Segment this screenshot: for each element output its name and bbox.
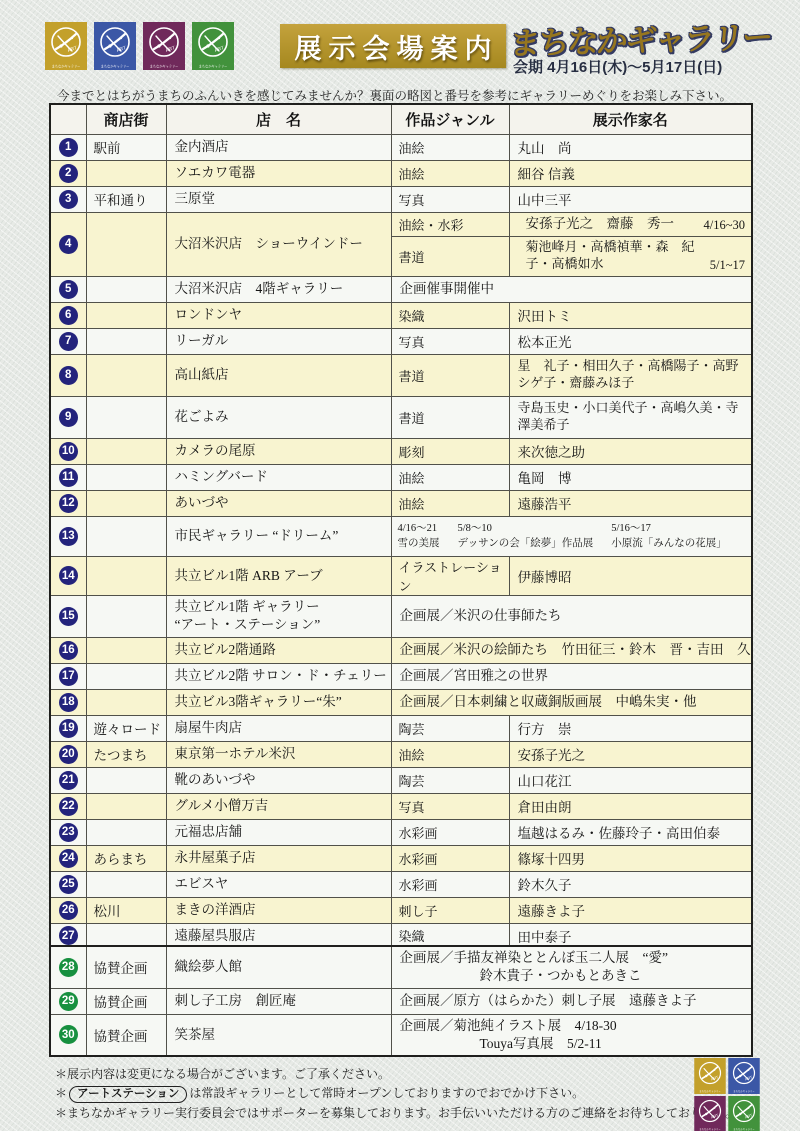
row-number-badge: 4 xyxy=(59,235,78,254)
district-cell xyxy=(86,793,166,819)
header-district: 商店街 xyxy=(86,104,166,134)
number-cell: 18 xyxy=(50,689,86,715)
table-row: 5大沼米沢店 4階ギャラリー企画催事開催中 xyxy=(50,276,752,302)
number-cell: 28 xyxy=(50,946,86,988)
row-number-badge: 20 xyxy=(59,745,78,764)
district-cell xyxy=(86,871,166,897)
header-store: 店 名 xyxy=(166,104,391,134)
art-stamp-icon: ART まちなかギャラリー xyxy=(694,1058,726,1094)
district-cell xyxy=(86,819,166,845)
note-text: ＊展示内容は変更になる場合がございます。ご了承ください。 xyxy=(55,1067,390,1081)
table-row: 10カメラの尾原彫刻来次徳之助 xyxy=(50,438,752,464)
genre-cell: 書道 xyxy=(391,236,509,276)
note-text: は常設ギャラリーとして常時オープンしておりますのでおでかけ下さい。 xyxy=(189,1086,584,1100)
store-cell: ソエカワ電器 xyxy=(166,160,391,186)
number-cell: 6 xyxy=(50,302,86,328)
row-number-badge: 28 xyxy=(59,958,78,977)
district-cell xyxy=(86,212,166,276)
store-cell: エビスヤ xyxy=(166,871,391,897)
store-cell: まきの洋酒店 xyxy=(166,897,391,923)
note-text: ＊ xyxy=(55,1086,67,1100)
schedule-date: 5/16～17 xyxy=(611,521,727,536)
district-cell xyxy=(86,663,166,689)
genre-cell: 油絵・水彩 xyxy=(391,212,509,236)
district-cell xyxy=(86,689,166,715)
table-row: 14共立ビル1階 ARB アーブイラストレーション伊藤博昭 xyxy=(50,556,752,595)
row-number-badge: 2 xyxy=(59,164,78,183)
exhibition-period: 会期 4月16日(木)～5月17日(日) xyxy=(513,56,722,77)
schedule-date: 5/8～10 xyxy=(458,521,594,536)
store-cell: ハミングバード xyxy=(166,464,391,490)
genre-cell: 水彩画 xyxy=(391,845,509,871)
row-number-badge: 30 xyxy=(59,1025,78,1044)
district-cell xyxy=(86,637,166,663)
svg-text:まちなかギャラリー: まちなかギャラリー xyxy=(101,64,130,69)
row-number-badge: 29 xyxy=(59,992,78,1011)
art-station-pill: アートステーション xyxy=(69,1086,187,1103)
store-cell: 共立ビル1階 ARB アーブ xyxy=(166,556,391,595)
header-stamp-row: ART まちなかギャラリー ART まちなかギャラリー ART まちなかギャラリ… xyxy=(45,22,234,70)
exhibition-table: 商店街 店 名 作品ジャンル 展示作家名 1駅前金内酒店油絵丸山 尚2ソエカワ電… xyxy=(49,103,753,950)
table-row: 9花ごよみ書道寺島玉史・小口美代子・高嶋久美・寺澤美希子 xyxy=(50,396,752,438)
store-cell: 刺し子工房 創匠庵 xyxy=(166,988,391,1014)
number-cell: 11 xyxy=(50,464,86,490)
genre-cell: イラストレーション xyxy=(391,556,509,595)
exhibit-info-line: 鈴木貴子・つかもとあきこ xyxy=(400,967,748,985)
exhibit-info-line: Touya写真展 5/2-11 xyxy=(400,1035,748,1053)
genre-cell: 油絵 xyxy=(391,134,509,160)
schedule-cell: 4/16～21雪の美展5/8～10デッサンの会「絵夢」作品展5/16～17小原流… xyxy=(391,516,752,556)
row-number-badge: 8 xyxy=(59,366,78,385)
row-number-badge: 18 xyxy=(59,693,78,712)
table-row: 15共立ビル1階 ギャラリー “アート・ステーション”企画展／米沢の仕事師たち xyxy=(50,595,752,637)
district-cell: 平和通り xyxy=(86,186,166,212)
row-number-badge: 25 xyxy=(59,875,78,894)
number-cell: 4 xyxy=(50,212,86,276)
flyer-page: ART まちなかギャラリー ART まちなかギャラリー ART まちなかギャラリ… xyxy=(0,0,800,1131)
row-number-badge: 16 xyxy=(59,641,78,660)
svg-text:まちなかギャラリー: まちなかギャラリー xyxy=(733,1089,755,1093)
store-cell: ロンドンヤ xyxy=(166,302,391,328)
district-cell: 協賛企画 xyxy=(86,946,166,988)
genre-cell: 水彩画 xyxy=(391,819,509,845)
header-number xyxy=(50,104,86,134)
genre-cell: 油絵 xyxy=(391,741,509,767)
district-cell xyxy=(86,516,166,556)
number-cell: 17 xyxy=(50,663,86,689)
schedule-item: 5/16～17小原流「みんなの花展」 xyxy=(611,521,727,551)
artists-cell: 倉田由朗 xyxy=(509,793,752,819)
number-cell: 29 xyxy=(50,988,86,1014)
table-row: 16共立ビル2階通路企画展／米沢の絵師たち 竹田征三・鈴木 晋・吉田 久 xyxy=(50,637,752,663)
exhibit-info-line: 企画展／手描友禅染ととんぼ玉二人展 “愛” xyxy=(400,949,748,967)
svg-text:まちなかギャラリー: まちなかギャラリー xyxy=(150,64,179,69)
svg-text:まちなかギャラリー: まちなかギャラリー xyxy=(52,64,81,69)
artists-cell: 菊池峰月・高橋禎華・森 紀子・高橋如水5/1~17 xyxy=(509,236,752,276)
row-number-badge: 19 xyxy=(59,719,78,738)
footer-note: ＊アートステーションは常設ギャラリーとして常時オープンしておりますのでおでかけ下… xyxy=(55,1085,695,1103)
row-number-badge: 6 xyxy=(59,306,78,325)
store-cell: 扇屋牛肉店 xyxy=(166,715,391,741)
row-number-badge: 5 xyxy=(59,280,78,299)
artist-names: 安孫子光之 齋藤 秀一 xyxy=(526,215,700,233)
table-row: 25エビスヤ水彩画鈴木久子 xyxy=(50,871,752,897)
number-cell: 5 xyxy=(50,276,86,302)
store-cell: 靴のあいづや xyxy=(166,767,391,793)
district-cell xyxy=(86,302,166,328)
table-row: 6ロンドンヤ染織沢田トミ xyxy=(50,302,752,328)
district-cell xyxy=(86,396,166,438)
row-number-badge: 24 xyxy=(59,849,78,868)
row-number-badge: 10 xyxy=(59,442,78,461)
genre-cell: 書道 xyxy=(391,396,509,438)
genre-cell: 書道 xyxy=(391,354,509,396)
schedule-item: 5/8～10デッサンの会「絵夢」作品展 xyxy=(458,521,594,551)
header-artists: 展示作家名 xyxy=(509,104,752,134)
table-row: 13市民ギャラリー “ドリーム”4/16～21雪の美展5/8～10デッサンの会「… xyxy=(50,516,752,556)
exhibit-info-line: 企画展／菊池純イラスト展 4/18-30 xyxy=(400,1017,748,1035)
exhibit-dates: 4/16~30 xyxy=(704,218,746,233)
schedule-name: 小原流「みんなの花展」 xyxy=(611,536,727,551)
district-cell: 協賛企画 xyxy=(86,988,166,1014)
note-text: ＊まちなかギャラリー実行委員会ではサポーターを募集しております。お手伝いいただけ… xyxy=(55,1106,737,1120)
row-number-badge: 21 xyxy=(59,771,78,790)
number-cell: 30 xyxy=(50,1014,86,1056)
table-row: 12あいづや油絵遠藤浩平 xyxy=(50,490,752,516)
district-cell: 遊々ロード xyxy=(86,715,166,741)
row-number-badge: 27 xyxy=(59,926,78,945)
table-row: 21靴のあいづや陶芸山口花江 xyxy=(50,767,752,793)
genre-cell: 刺し子 xyxy=(391,897,509,923)
row-number-badge: 13 xyxy=(59,527,78,546)
table-row: 7リーガル写真松本正光 xyxy=(50,328,752,354)
artists-cell: 伊藤博昭 xyxy=(509,556,752,595)
number-cell: 14 xyxy=(50,556,86,595)
svg-text:まちなかギャラリー: まちなかギャラリー xyxy=(699,1089,721,1093)
store-cell: 市民ギャラリー “ドリーム” xyxy=(166,516,391,556)
exhibit-info-cell: 企画展／日本刺繍と収蔵銅版画展 中嶋朱実・他 xyxy=(391,689,752,715)
artists-cell: 細谷 信義 xyxy=(509,160,752,186)
header-genre: 作品ジャンル xyxy=(391,104,509,134)
number-cell: 3 xyxy=(50,186,86,212)
number-cell: 23 xyxy=(50,819,86,845)
genre-cell: 油絵 xyxy=(391,490,509,516)
art-stamp-icon: ART まちなかギャラリー xyxy=(694,1096,726,1131)
district-cell xyxy=(86,464,166,490)
store-cell: あいづや xyxy=(166,490,391,516)
store-cell: 高山紙店 xyxy=(166,354,391,396)
exhibit-info-cell: 企画催事開催中 xyxy=(391,276,752,302)
row-number-badge: 26 xyxy=(59,901,78,920)
store-cell: 大沼米沢店 ショーウインドー xyxy=(166,212,391,276)
svg-text:まちなかギャラリー: まちなかギャラリー xyxy=(733,1127,755,1131)
district-cell xyxy=(86,354,166,396)
table-row: 18共立ビル3階ギャラリー“朱”企画展／日本刺繍と収蔵銅版画展 中嶋朱実・他 xyxy=(50,689,752,715)
artists-cell: 山口花江 xyxy=(509,767,752,793)
store-cell: 共立ビル3階ギャラリー“朱” xyxy=(166,689,391,715)
row-number-badge: 22 xyxy=(59,797,78,816)
number-cell: 19 xyxy=(50,715,86,741)
artists-cell: 安孫子光之 xyxy=(509,741,752,767)
genre-cell: 油絵 xyxy=(391,464,509,490)
row-number-badge: 14 xyxy=(59,566,78,585)
sponsor-row: 28協賛企画織絵夢人館企画展／手描友禅染ととんぼ玉二人展 “愛”鈴木貴子・つかも… xyxy=(50,946,752,988)
artists-cell: 寺島玉史・小口美代子・高嶋久美・寺澤美希子 xyxy=(509,396,752,438)
district-cell xyxy=(86,328,166,354)
district-cell xyxy=(86,556,166,595)
table-row: 3平和通り三原堂写真山中三平 xyxy=(50,186,752,212)
art-stamp-icon: ART まちなかギャラリー xyxy=(143,22,185,70)
store-cell: 笑茶屋 xyxy=(166,1014,391,1056)
artists-cell: 行方 崇 xyxy=(509,715,752,741)
art-stamp-icon: ART まちなかギャラリー xyxy=(728,1096,760,1131)
district-cell: 協賛企画 xyxy=(86,1014,166,1056)
exhibit-info-cell: 企画展／宮田雅之の世界 xyxy=(391,663,752,689)
store-cell: 花ごよみ xyxy=(166,396,391,438)
art-stamp-icon: ART まちなかギャラリー xyxy=(192,22,234,70)
intro-text: 今までとはちがうまちのふんいきを感じてみませんか？裏面の略図と番号を参考にギャラ… xyxy=(57,86,757,104)
row-number-badge: 1 xyxy=(59,138,78,157)
exhibit-info-cell: 企画展／米沢の絵師たち 竹田征三・鈴木 晋・吉田 久 xyxy=(391,637,752,663)
footer-notes: ＊展示内容は変更になる場合がございます。ご了承ください。＊アートステーションは常… xyxy=(55,1066,695,1124)
footer-note: ＊まちなかギャラリー実行委員会ではサポーターを募集しております。お手伝いいただけ… xyxy=(55,1105,695,1122)
sponsor-table-body: 28協賛企画織絵夢人館企画展／手描友禅染ととんぼ玉二人展 “愛”鈴木貴子・つかも… xyxy=(50,946,752,1056)
number-cell: 25 xyxy=(50,871,86,897)
gallery-table-body: 1駅前金内酒店油絵丸山 尚2ソエカワ電器油絵細谷 信義3平和通り三原堂写真山中三… xyxy=(50,134,752,949)
row-number-badge: 12 xyxy=(59,494,78,513)
genre-cell: 写真 xyxy=(391,186,509,212)
title-badge: 展示会場案内 xyxy=(280,24,506,68)
artists-cell: 亀岡 博 xyxy=(509,464,752,490)
district-cell: 駅前 xyxy=(86,134,166,160)
table-row: 23元福忠店舗水彩画塩越はるみ・佐藤玲子・高田伯泰 xyxy=(50,819,752,845)
table-row: 24あらまち永井屋菓子店水彩画篠塚十四男 xyxy=(50,845,752,871)
page-title: 展示会場案内 xyxy=(295,27,499,66)
store-cell: 共立ビル2階 サロン・ド・チェリー xyxy=(166,663,391,689)
store-cell: 永井屋菓子店 xyxy=(166,845,391,871)
table-row: 4大沼米沢店 ショーウインドー油絵・水彩安孫子光之 齋藤 秀一4/16~30 xyxy=(50,212,752,236)
exhibit-info-line: 企画展／原方（はらかた）刺し子展 遠藤きよ子 xyxy=(400,992,748,1010)
number-cell: 1 xyxy=(50,134,86,160)
number-cell: 21 xyxy=(50,767,86,793)
number-cell: 16 xyxy=(50,637,86,663)
artists-cell: 安孫子光之 齋藤 秀一4/16~30 xyxy=(509,212,752,236)
table-row: 11ハミングバード油絵亀岡 博 xyxy=(50,464,752,490)
artists-cell: 星 礼子・相田久子・高橋陽子・高野シゲ子・齋藤みほ子 xyxy=(509,354,752,396)
table-row: 8高山紙店書道星 礼子・相田久子・高橋陽子・高野シゲ子・齋藤みほ子 xyxy=(50,354,752,396)
artists-cell: 丸山 尚 xyxy=(509,134,752,160)
artists-cell: 鈴木久子 xyxy=(509,871,752,897)
row-number-badge: 17 xyxy=(59,667,78,686)
district-cell: たつまち xyxy=(86,741,166,767)
district-cell xyxy=(86,490,166,516)
schedule-date: 4/16～21 xyxy=(398,521,440,536)
store-cell: 金内酒店 xyxy=(166,134,391,160)
sponsor-row: 30協賛企画笑茶屋企画展／菊池純イラスト展 4/18-30Touya写真展 5/… xyxy=(50,1014,752,1056)
artists-cell: 遠藤浩平 xyxy=(509,490,752,516)
number-cell: 9 xyxy=(50,396,86,438)
artists-cell: 来次徳之助 xyxy=(509,438,752,464)
store-cell: 共立ビル1階 ギャラリー “アート・ステーション” xyxy=(166,595,391,637)
schedule-name: 雪の美展 xyxy=(398,536,440,551)
artists-cell: 遠藤きよ子 xyxy=(509,897,752,923)
district-cell xyxy=(86,767,166,793)
store-cell: 元福忠店舗 xyxy=(166,819,391,845)
number-cell: 24 xyxy=(50,845,86,871)
artists-cell: 山中三平 xyxy=(509,186,752,212)
table-header-row: 商店街 店 名 作品ジャンル 展示作家名 xyxy=(50,104,752,134)
store-cell: 三原堂 xyxy=(166,186,391,212)
number-cell: 26 xyxy=(50,897,86,923)
table-row: 20たつまち東京第一ホテル米沢油絵安孫子光之 xyxy=(50,741,752,767)
exhibit-info-cell: 企画展／菊池純イラスト展 4/18-30Touya写真展 5/2-11 xyxy=(391,1014,752,1056)
table-row: 26松川まきの洋酒店刺し子遠藤きよ子 xyxy=(50,897,752,923)
store-cell: 織絵夢人館 xyxy=(166,946,391,988)
art-stamp-icon: ART まちなかギャラリー xyxy=(94,22,136,70)
number-cell: 20 xyxy=(50,741,86,767)
number-cell: 15 xyxy=(50,595,86,637)
exhibit-info-cell: 企画展／原方（はらかた）刺し子展 遠藤きよ子 xyxy=(391,988,752,1014)
svg-text:まちなかギャラリー: まちなかギャラリー xyxy=(199,64,228,69)
number-cell: 2 xyxy=(50,160,86,186)
row-number-badge: 11 xyxy=(59,468,78,487)
genre-cell: 陶芸 xyxy=(391,767,509,793)
schedule-item: 4/16～21雪の美展 xyxy=(398,521,440,551)
artists-cell: 沢田トミ xyxy=(509,302,752,328)
genre-cell: 彫刻 xyxy=(391,438,509,464)
table-row: 19遊々ロード扇屋牛肉店陶芸行方 崇 xyxy=(50,715,752,741)
artists-cell: 塩越はるみ・佐藤玲子・高田伯泰 xyxy=(509,819,752,845)
district-cell xyxy=(86,595,166,637)
store-cell: 大沼米沢店 4階ギャラリー xyxy=(166,276,391,302)
row-number-badge: 15 xyxy=(59,607,78,626)
store-cell: グルメ小僧万吉 xyxy=(166,793,391,819)
number-cell: 8 xyxy=(50,354,86,396)
genre-cell: 陶芸 xyxy=(391,715,509,741)
store-cell: 東京第一ホテル米沢 xyxy=(166,741,391,767)
footer-note: ＊展示内容は変更になる場合がございます。ご了承ください。 xyxy=(55,1066,695,1083)
table-row: 2ソエカワ電器油絵細谷 信義 xyxy=(50,160,752,186)
genre-cell: 写真 xyxy=(391,328,509,354)
district-cell xyxy=(86,276,166,302)
artist-names: 菊池峰月・高橋禎華・森 紀子・高橋如水 xyxy=(526,239,706,273)
number-cell: 10 xyxy=(50,438,86,464)
art-stamp-icon: ART まちなかギャラリー xyxy=(728,1058,760,1094)
table-row: 17共立ビル2階 サロン・ド・チェリー企画展／宮田雅之の世界 xyxy=(50,663,752,689)
row-number-badge: 3 xyxy=(59,190,78,209)
table-row: 1駅前金内酒店油絵丸山 尚 xyxy=(50,134,752,160)
sponsor-table: 28協賛企画織絵夢人館企画展／手描友禅染ととんぼ玉二人展 “愛”鈴木貴子・つかも… xyxy=(49,945,753,1057)
district-cell: 松川 xyxy=(86,897,166,923)
artists-cell: 篠塚十四男 xyxy=(509,845,752,871)
number-cell: 12 xyxy=(50,490,86,516)
genre-cell: 油絵 xyxy=(391,160,509,186)
art-stamp-icon: ART まちなかギャラリー xyxy=(45,22,87,70)
number-cell: 22 xyxy=(50,793,86,819)
store-cell: リーガル xyxy=(166,328,391,354)
store-cell: カメラの尾原 xyxy=(166,438,391,464)
number-cell: 7 xyxy=(50,328,86,354)
district-cell xyxy=(86,438,166,464)
store-cell: 共立ビル2階通路 xyxy=(166,637,391,663)
row-number-badge: 7 xyxy=(59,332,78,351)
genre-cell: 写真 xyxy=(391,793,509,819)
table-row: 22グルメ小僧万吉写真倉田由朗 xyxy=(50,793,752,819)
sponsor-row: 29協賛企画刺し子工房 創匠庵企画展／原方（はらかた）刺し子展 遠藤きよ子 xyxy=(50,988,752,1014)
genre-cell: 水彩画 xyxy=(391,871,509,897)
number-cell: 13 xyxy=(50,516,86,556)
footer-stamp-grid: ART まちなかギャラリー ART まちなかギャラリー ART まちなかギャラリ… xyxy=(694,1058,760,1131)
exhibit-dates: 5/1~17 xyxy=(710,258,745,273)
row-number-badge: 9 xyxy=(59,408,78,427)
exhibit-info-cell: 企画展／手描友禅染ととんぼ玉二人展 “愛”鈴木貴子・つかもとあきこ xyxy=(391,946,752,988)
district-cell: あらまち xyxy=(86,845,166,871)
district-cell xyxy=(86,160,166,186)
exhibit-info-cell: 企画展／米沢の仕事師たち xyxy=(391,595,752,637)
row-number-badge: 23 xyxy=(59,823,78,842)
artists-cell: 松本正光 xyxy=(509,328,752,354)
genre-cell: 染織 xyxy=(391,302,509,328)
schedule-name: デッサンの会「絵夢」作品展 xyxy=(458,536,594,551)
svg-text:まちなかギャラリー: まちなかギャラリー xyxy=(699,1127,721,1131)
